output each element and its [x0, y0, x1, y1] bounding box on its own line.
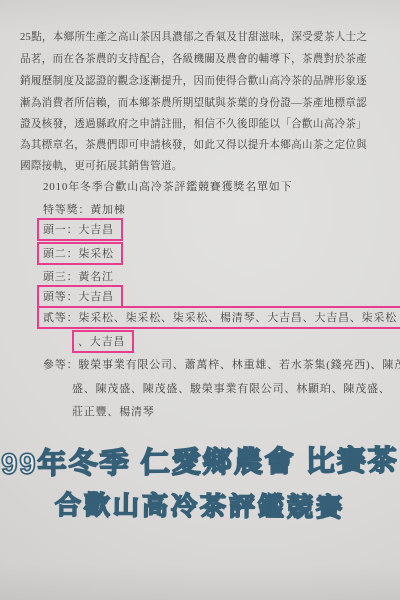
award-line-third-class: 參等：駿榮事業有限公司、蕭萬梓、林重雄、若水茶集(錢亮西)、陳茂 — [43, 356, 400, 372]
highlight-box: 頭一：大吉昌 — [37, 218, 123, 241]
paragraph-line: 銷履歷制度及認證的觀念逐漸提升，因而使得合歡山高冷茶的品牌形象逐 — [20, 73, 388, 88]
award-line-first-class: 頭等：大吉昌 — [43, 285, 123, 308]
caption-line-2: 合歡山高冷茶評鑑競賽 — [0, 484, 400, 524]
award-line-first-3: 頭三：黃名江 — [43, 268, 114, 284]
award-line-special-prize: 特等獎：黃加棟 — [43, 201, 126, 217]
paragraph-line: 國際接軌，更可拓展其銷售管道。 — [20, 158, 388, 173]
paragraph-line: 25點，本鄉所生產之高山茶因具濃郁之香氣及甘甜滋味，深受愛茶人士之 — [20, 29, 388, 44]
highlight-box: 、大吉昌 — [72, 330, 134, 353]
award-line-first-1: 頭一：大吉昌 — [43, 218, 123, 241]
paragraph-line: 漸為消費者所信賴，而本鄉茶農所期望賦與茶葉的身份證—茶產地標章認 — [20, 95, 388, 110]
paragraph-line: 為其標章名，茶農們即可申請核發，如此又得以提升本鄉高山茶之定位與 — [20, 137, 388, 152]
paragraph-line: 證及核發，透過縣政府之申請註冊，相信不久後即能以「合歡山高冷茶」 — [20, 116, 388, 131]
award-line-first-2: 頭二：柒采松 — [43, 242, 123, 265]
highlight-box: 頭等：大吉昌 — [37, 285, 123, 308]
award-list-title: 2010年冬季合歡山高冷茶評鑑競賽獲獎名單如下 — [43, 178, 292, 194]
award-line-third-class-cont: 盛、陳茂盛、陳茂盛、駿榮事業有限公司、林顯珀、陳茂盛、 — [72, 380, 391, 396]
caption-line-1: 99年冬季 仁愛鄉農會 比賽茶 — [0, 438, 400, 482]
paragraph-line: 品茗，而在各茶農的支持配合，各級機關及農會的輔導下，茶農對於茶產 — [20, 51, 388, 66]
highlight-box: 頭二：柒采松 — [37, 242, 123, 265]
award-line-third-class-end: 莊正豐、楊清琴 — [72, 403, 155, 419]
award-line-second-class-cont: 、大吉昌 — [78, 330, 134, 353]
scanned-document-page: 25點，本鄉所生產之高山茶因具濃郁之香氣及甘甜滋味，深受愛茶人士之 品茗，而在各… — [0, 0, 400, 600]
award-line-second-class: 貳等：柒采松、柒采松、柒采松、楊清琴、大吉昌、大吉昌、柒采松 — [43, 306, 400, 329]
highlight-box: 貳等：柒采松、柒采松、柒采松、楊清琴、大吉昌、大吉昌、柒采松 — [37, 306, 400, 329]
